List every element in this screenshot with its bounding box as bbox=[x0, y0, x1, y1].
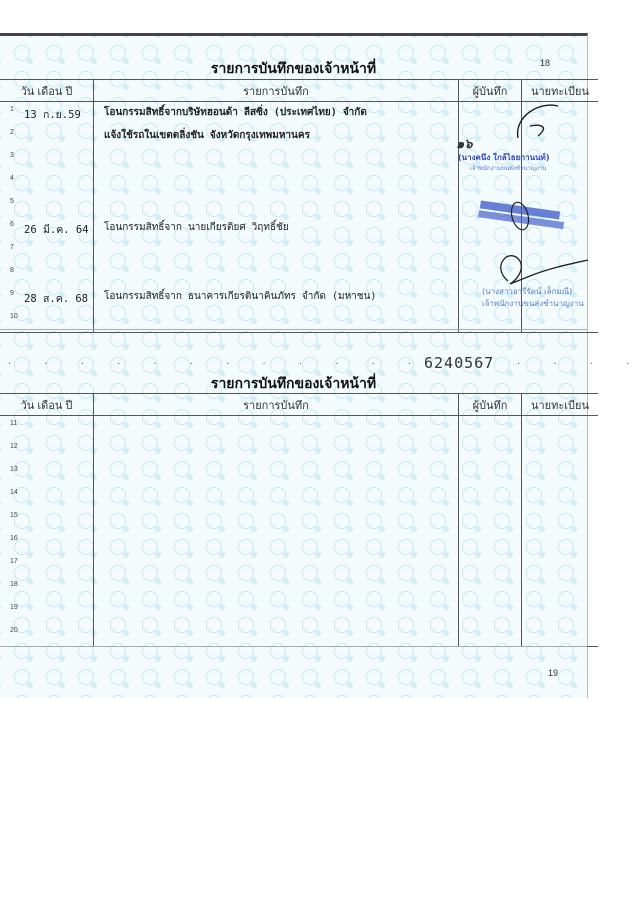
line-number: 5 bbox=[10, 198, 14, 205]
entry-text: แจ้งใช้รถในเขตตลิ่งชัน จังหวัดกรุงเทพมหา… bbox=[104, 128, 310, 143]
recorder-stamp-role-1: เจ้าพนักงานขนส่งชำนาญงาน bbox=[470, 163, 546, 173]
line-number: 11 bbox=[10, 420, 17, 427]
recorder-cell bbox=[459, 485, 522, 508]
ledger-line: 15 bbox=[0, 508, 598, 531]
line-number: 2 bbox=[10, 129, 14, 136]
date-cell: 20 bbox=[0, 623, 94, 647]
entry-cell bbox=[94, 531, 459, 554]
registrar-cell bbox=[522, 600, 599, 623]
date-cell: 12 bbox=[0, 439, 94, 462]
recorder-cell bbox=[459, 554, 522, 577]
ledger-line: 113 ก.ย.59โอนกรรมสิทธิ์จากบริษัทฮอนด้า ล… bbox=[0, 102, 598, 126]
registrar-cell bbox=[522, 485, 599, 508]
entry-cell: แจ้งใช้รถในเขตตลิ่งชัน จังหวัดกรุงเทพมหา… bbox=[94, 125, 459, 148]
date-cell: 17 bbox=[0, 554, 94, 577]
registrar-cell bbox=[522, 554, 599, 577]
ledger-line: 12 bbox=[0, 439, 598, 462]
column-header-entry: รายการบันทึก bbox=[94, 80, 459, 102]
date-cell: 928 ส.ค. 68 bbox=[0, 286, 94, 309]
line-number: 17 bbox=[10, 558, 18, 565]
recorder-cell bbox=[459, 600, 522, 623]
top-page-number: 18 bbox=[540, 58, 550, 68]
date-cell: 16 bbox=[0, 531, 94, 554]
date-cell: 7 bbox=[0, 240, 94, 263]
line-number: 18 bbox=[10, 581, 18, 588]
bottom-band-divider bbox=[0, 646, 587, 647]
entry-cell bbox=[94, 263, 459, 286]
date-cell: 3 bbox=[0, 148, 94, 171]
registrar-cell bbox=[522, 171, 599, 194]
entry-text: โอนกรรมสิทธิ์จาก นายเกียรติยศ วิฤทธิ์ชัย bbox=[104, 220, 289, 235]
top-ledger-header: วัน เดือน ปี รายการบันทึก ผู้บันทึก นายท… bbox=[0, 80, 598, 102]
column-header-date: วัน เดือน ปี bbox=[0, 394, 94, 416]
date-cell: 13 bbox=[0, 462, 94, 485]
date-cell: 14 bbox=[0, 485, 94, 508]
recorder-cell bbox=[459, 623, 522, 647]
registrar-cell bbox=[522, 462, 599, 485]
entry-cell bbox=[94, 148, 459, 171]
ledger-line: 20 bbox=[0, 623, 598, 647]
date-cell: 8 bbox=[0, 263, 94, 286]
registration-book-page: รายการบันทึกของเจ้าหน้าที่ 18 วัน เดือน … bbox=[0, 33, 588, 698]
entry-date: 13 ก.ย.59 bbox=[24, 106, 81, 123]
line-number: 15 bbox=[10, 512, 18, 519]
line-number: 9 bbox=[10, 290, 14, 297]
ledger-line: 17 bbox=[0, 554, 598, 577]
date-cell: 4 bbox=[0, 171, 94, 194]
line-number: 16 bbox=[10, 535, 18, 542]
entry-cell bbox=[94, 508, 459, 531]
date-cell: 5 bbox=[0, 194, 94, 217]
line-number: 4 bbox=[10, 175, 14, 182]
recorder-cell bbox=[459, 416, 522, 440]
entry-cell bbox=[94, 439, 459, 462]
entry-cell bbox=[94, 577, 459, 600]
column-header-entry: รายการบันทึก bbox=[94, 394, 459, 416]
entry-cell bbox=[94, 171, 459, 194]
date-cell: 113 ก.ย.59 bbox=[0, 102, 94, 126]
entry-cell bbox=[94, 554, 459, 577]
bottom-ledger-table: วัน เดือน ปี รายการบันทึก ผู้บันทึก นายท… bbox=[0, 393, 598, 647]
column-header-recorder: ผู้บันทึก bbox=[459, 394, 522, 416]
section-divider bbox=[0, 329, 587, 330]
line-number: 12 bbox=[10, 443, 18, 450]
recorder-cell bbox=[459, 439, 522, 462]
ledger-line: 13 bbox=[0, 462, 598, 485]
date-cell: 18 bbox=[0, 577, 94, 600]
bottom-page-number: 19 bbox=[548, 668, 558, 678]
recorder-cell bbox=[459, 462, 522, 485]
perforation-dots: · · · · · · · · · · · · · · · · · · · · … bbox=[8, 359, 640, 370]
entry-cell bbox=[94, 462, 459, 485]
registrar-stamp-role-2: เจ้าพนักงานขนส่งชำนาญงาน bbox=[482, 297, 584, 310]
line-number: 20 bbox=[10, 627, 18, 634]
date-cell: 626 มี.ค. 64 bbox=[0, 217, 94, 240]
line-number: 1 bbox=[10, 106, 14, 113]
line-number: 6 bbox=[10, 221, 14, 228]
date-cell: 15 bbox=[0, 508, 94, 531]
line-number: 7 bbox=[10, 244, 14, 251]
entry-cell: โอนกรรมสิทธิ์จากบริษัทฮอนด้า ลีสซิ่ง (ปร… bbox=[94, 102, 459, 126]
ledger-line: 18 bbox=[0, 577, 598, 600]
recorder-cell bbox=[459, 577, 522, 600]
registrar-cell bbox=[522, 577, 599, 600]
recorder-cell bbox=[459, 508, 522, 531]
entry-text: โอนกรรมสิทธิ์จาก ธนาคารเกียรตินาคินภัทร … bbox=[104, 289, 376, 304]
line-number: 19 bbox=[10, 604, 18, 611]
registrar-cell bbox=[522, 439, 599, 462]
recorder-cell bbox=[459, 531, 522, 554]
bottom-ledger-header: วัน เดือน ปี รายการบันทึก ผู้บันทึก นายท… bbox=[0, 394, 598, 416]
date-cell: 11 bbox=[0, 416, 94, 440]
ledger-line: 14 bbox=[0, 485, 598, 508]
registrar-cell bbox=[522, 623, 599, 647]
ledger-line: 4 bbox=[0, 171, 598, 194]
ledger-line: 19 bbox=[0, 600, 598, 623]
line-number: 14 bbox=[10, 489, 18, 496]
line-number: 3 bbox=[10, 152, 14, 159]
registrar-signature-1 bbox=[510, 96, 570, 146]
serial-number: 6240567 bbox=[424, 354, 494, 372]
registrar-cell bbox=[522, 508, 599, 531]
registrar-cell bbox=[522, 416, 599, 440]
entry-cell: โอนกรรมสิทธิ์จาก นายเกียรติยศ วิฤทธิ์ชัย bbox=[94, 217, 459, 240]
date-cell: 19 bbox=[0, 600, 94, 623]
column-header-date: วัน เดือน ปี bbox=[0, 80, 94, 102]
entry-cell: โอนกรรมสิทธิ์จาก ธนาคารเกียรตินาคินภัทร … bbox=[94, 286, 459, 309]
entry-cell bbox=[94, 240, 459, 263]
entry-date: 26 มี.ค. 64 bbox=[24, 221, 89, 238]
entry-cell bbox=[94, 600, 459, 623]
recorder-cell bbox=[459, 171, 522, 194]
date-cell: 2 bbox=[0, 125, 94, 148]
entry-text: โอนกรรมสิทธิ์จากบริษัทฮอนด้า ลีสซิ่ง (ปร… bbox=[104, 105, 367, 120]
column-header-registrar: นายทะเบียน bbox=[522, 394, 599, 416]
entry-cell bbox=[94, 485, 459, 508]
entry-cell bbox=[94, 416, 459, 440]
entry-date: 28 ส.ค. 68 bbox=[24, 290, 88, 307]
line-number: 10 bbox=[10, 313, 18, 320]
registrar-cell bbox=[522, 531, 599, 554]
line-number: 8 bbox=[10, 267, 14, 274]
ledger-line: 16 bbox=[0, 531, 598, 554]
bottom-section-title: รายการบันทึกของเจ้าหน้าที่ bbox=[0, 373, 587, 395]
top-section-title: รายการบันทึกของเจ้าหน้าที่ bbox=[0, 58, 587, 80]
ledger-line: 2แจ้งใช้รถในเขตตลิ่งชัน จังหวัดกรุงเทพมห… bbox=[0, 125, 598, 148]
line-number: 13 bbox=[10, 466, 18, 473]
entry-cell bbox=[94, 194, 459, 217]
registrar-stamp-2 bbox=[470, 196, 580, 246]
entry-cell bbox=[94, 623, 459, 647]
ledger-line: 11 bbox=[0, 416, 598, 440]
